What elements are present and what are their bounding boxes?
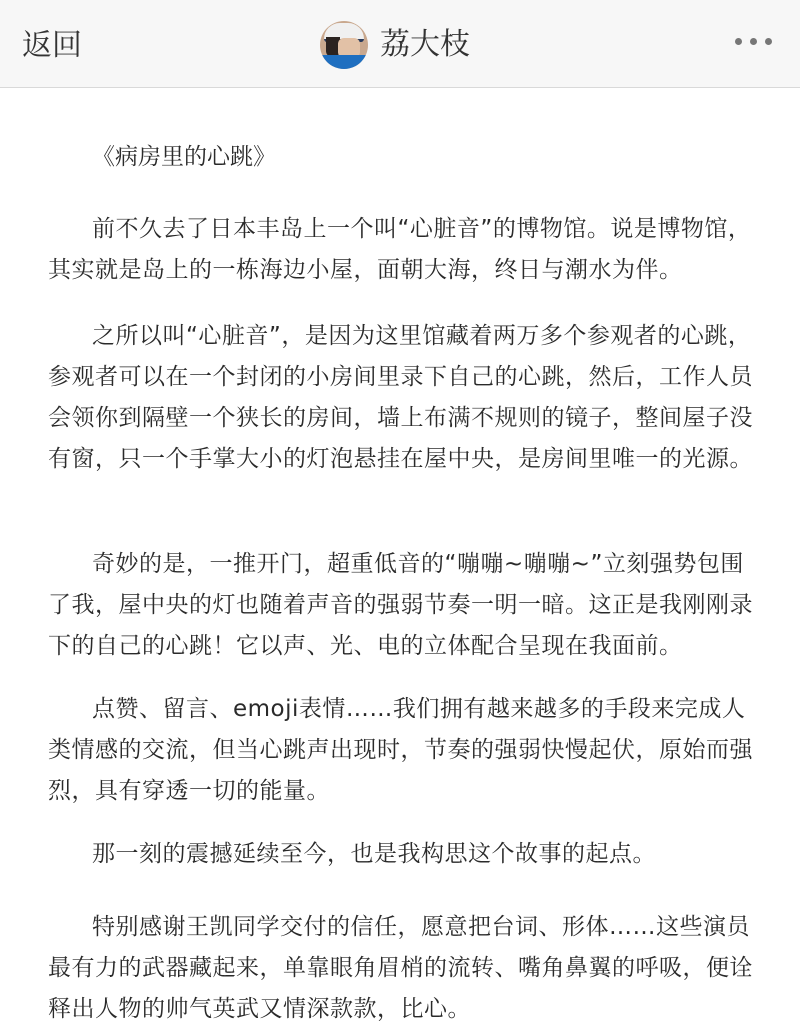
article-paragraph: 点赞、留言、emoji表情……我们拥有越来越多的手段来完成人类情感的交流，但当心… [48,689,760,812]
article-heading: 《病房里的心跳》 [92,137,276,178]
article-paragraph: 前不久去了日本丰岛上一个叫“心脏音”的博物馆。说是博物馆，其实就是岛上的一栋海边… [48,209,760,291]
more-dots-icon [765,38,772,45]
more-dots-icon [750,38,757,45]
article-paragraph: 那一刻的震撼延续至今，也是我构思这个故事的起点。 [48,834,760,875]
page-title: 荔大枝 [380,25,470,65]
top-navigation-bar: 返回 荔大枝 [0,0,800,88]
back-button[interactable]: 返回 [22,26,82,66]
article-paragraph: 特别感谢王凯同学交付的信任，愿意把台词、形体……这些演员最有力的武器藏起来，单靠… [48,907,760,1030]
more-dots-icon [735,38,742,45]
user-avatar-icon[interactable] [320,21,368,69]
profile-title[interactable]: 荔大枝 [320,20,470,70]
more-options-button[interactable] [735,38,772,45]
article-paragraph: 之所以叫“心脏音”，是因为这里馆藏着两万多个参观者的心跳，参观者可以在一个封闭的… [48,316,760,480]
article-paragraph: 奇妙的是，一推开门，超重低音的“嘣嘣~嘣嘣~”立刻强势包围了我，屋中央的灯也随着… [48,544,760,667]
